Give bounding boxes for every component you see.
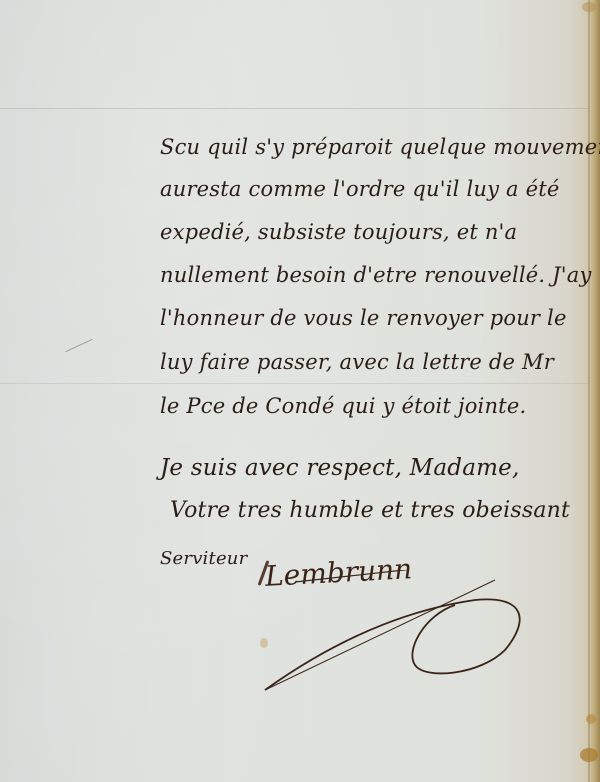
letter-line: l'honneur de vous le renvoyer pour le	[160, 306, 567, 330]
letter-sheet: Scu quil s'y préparoit quelque mouvement…	[0, 0, 600, 782]
letter-line: nullement besoin d'etre renouvellé. J'ay	[160, 263, 592, 287]
letter-line: le Pce de Condé qui y étoit jointe.	[160, 394, 526, 418]
servant-line: Serviteur	[160, 548, 247, 569]
closing-line: Votre tres humble et tres obeissant	[170, 498, 570, 523]
letter-body: Scu quil s'y préparoit quelque mouvement…	[0, 0, 600, 782]
letter-line: luy faire passer, avec la lettre de Mr	[160, 350, 554, 374]
letter-line: auresta comme l'ordre qu'il luy a été	[160, 177, 560, 201]
letter-line: expedié, subsiste toujours, et n'a	[160, 220, 517, 244]
letter-line: Scu quil s'y préparoit quelque mouvement…	[160, 135, 600, 159]
closing-line: Je suis avec respect, Madame,	[160, 455, 519, 481]
signature-flourish-icon	[255, 570, 555, 710]
